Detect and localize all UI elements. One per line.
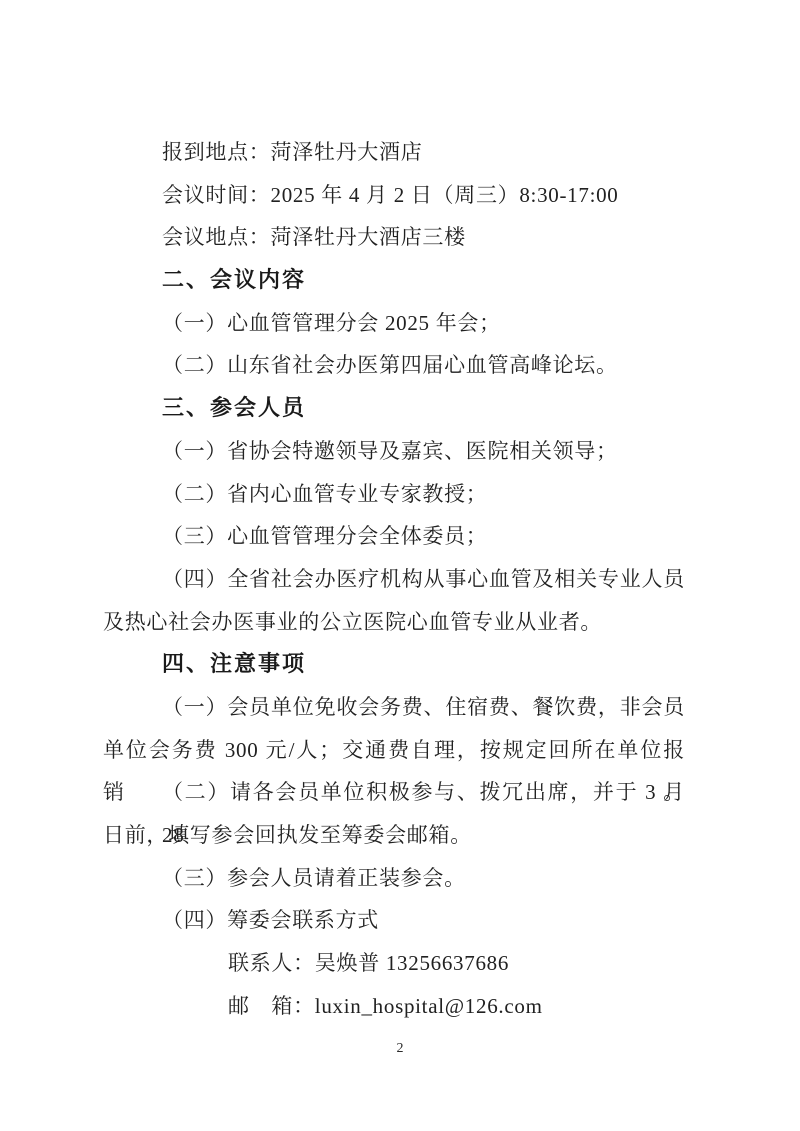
text-line: （四）筹委会联系方式 (103, 899, 685, 942)
text-line: 报到地点：菏泽牡丹大酒店 (103, 131, 685, 174)
text-line: （一）省协会特邀领导及嘉宾、医院相关领导； (103, 430, 685, 473)
text-line: （四）全省社会办医疗机构从事心血管及相关专业人员 (103, 558, 685, 601)
document-page: 报到地点：菏泽牡丹大酒店会议时间：2025 年 4 月 2 日（周三）8:30-… (0, 0, 800, 1131)
text-line: 邮 箱：luxin_hospital@126.com (103, 985, 685, 1028)
page-number: 2 (0, 1041, 800, 1057)
text-line: （二）省内心血管专业专家教授； (103, 473, 685, 516)
text-line: （三）参会人员请着正装参会。 (103, 857, 685, 900)
text-line: （一）会员单位免收会务费、住宿费、餐饮费，非会员 (103, 686, 685, 729)
document-body: 报到地点：菏泽牡丹大酒店会议时间：2025 年 4 月 2 日（周三）8:30-… (103, 131, 685, 1027)
text-line: （二）请各会员单位积极参与、拨冗出席，并于 3 月 28 (103, 771, 685, 814)
text-line: 联系人：吴焕普 13256637686 (103, 942, 685, 985)
text-line: 及热心社会办医事业的公立医院心血管专业从业者。 (103, 601, 685, 644)
text-line: 会议地点：菏泽牡丹大酒店三楼 (103, 216, 685, 259)
text-line: （一）心血管管理分会 2025 年会； (103, 302, 685, 345)
text-line: （三）心血管管理分会全体委员； (103, 515, 685, 558)
text-line: 会议时间：2025 年 4 月 2 日（周三）8:30-17:00 (103, 174, 685, 217)
section-heading: 三、参会人员 (103, 387, 685, 430)
text-line: 日前，填写参会回执发至筹委会邮箱。 (103, 814, 685, 857)
text-line: 单位会务费 300 元/人；交通费自理，按规定回所在单位报销。 (103, 729, 685, 772)
text-line: （二）山东省社会办医第四届心血管高峰论坛。 (103, 344, 685, 387)
section-heading: 二、会议内容 (103, 259, 685, 302)
section-heading: 四、注意事项 (103, 643, 685, 686)
